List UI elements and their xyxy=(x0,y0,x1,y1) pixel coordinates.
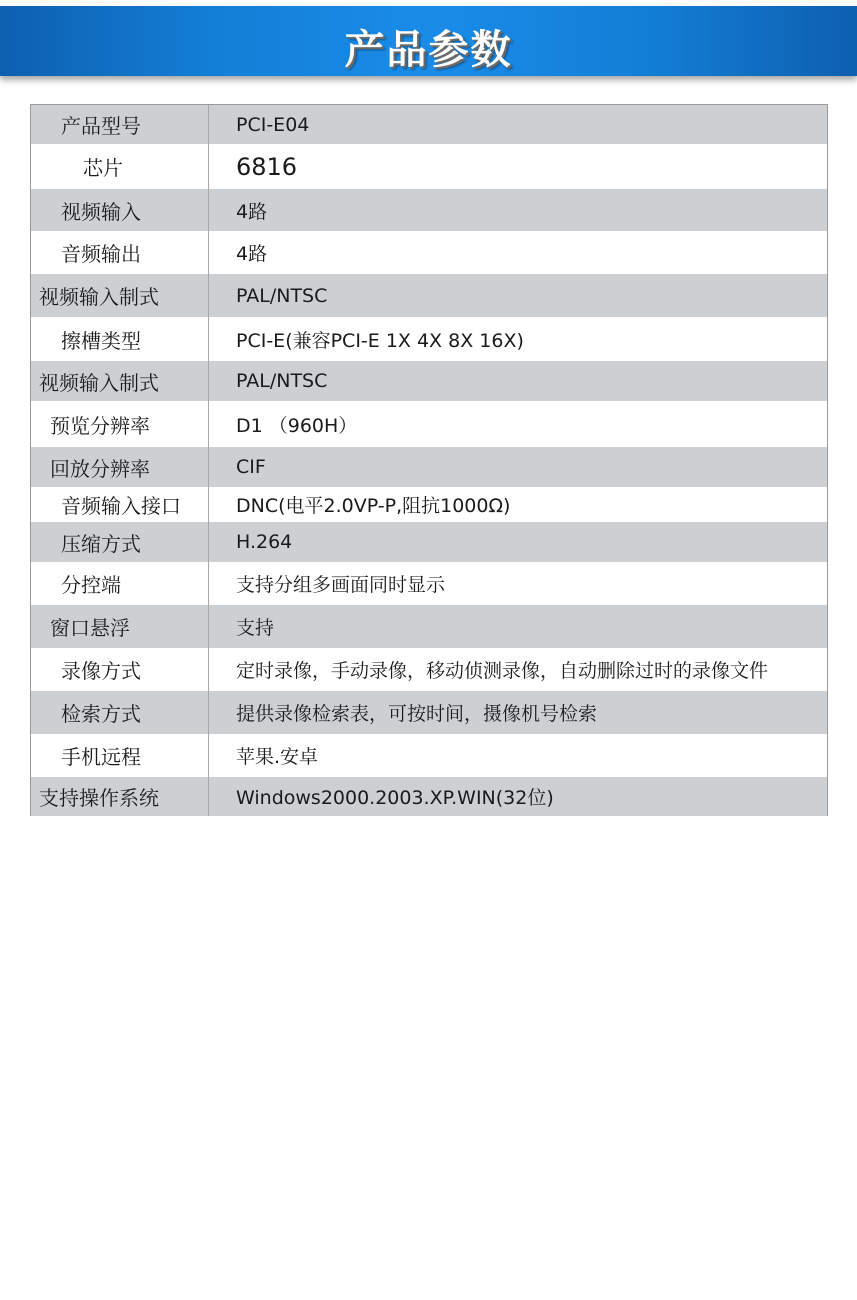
spec-value: 4路 xyxy=(209,189,827,231)
spec-value: PAL/NTSC xyxy=(209,361,827,401)
spec-label: 录像方式 xyxy=(31,648,209,691)
table-row: 视频输入制式PAL/NTSC xyxy=(31,274,827,317)
table-row: 压缩方式H.264 xyxy=(31,522,827,562)
spec-value: D1 （960H） xyxy=(209,401,827,447)
spec-table: 产品型号PCI-E04芯片6816视频输入4路音频输出4路视频输入制式PAL/N… xyxy=(30,104,828,816)
table-row: 手机远程苹果.安卓 xyxy=(31,734,827,777)
spec-value: 提供录像检索表，可按时间，摄像机号检索 xyxy=(209,691,827,734)
spec-value: 苹果.安卓 xyxy=(209,734,827,777)
spec-label: 压缩方式 xyxy=(31,522,209,562)
table-row: 预览分辨率D1 （960H） xyxy=(31,401,827,447)
spec-label: 产品型号 xyxy=(31,105,209,144)
spec-value: 支持 xyxy=(209,605,827,648)
spec-label: 手机远程 xyxy=(31,734,209,777)
spec-label: 分控端 xyxy=(31,562,209,605)
spec-label: 预览分辨率 xyxy=(31,401,209,447)
table-row: 检索方式提供录像检索表，可按时间，摄像机号检索 xyxy=(31,691,827,734)
spec-label: 窗口悬浮 xyxy=(31,605,209,648)
spec-label: 音频输出 xyxy=(31,231,209,274)
spec-value: CIF xyxy=(209,447,827,487)
table-row: 录像方式定时录像，手动录像，移动侦测录像，自动删除过时的录像文件 xyxy=(31,648,827,691)
spec-value: H.264 xyxy=(209,522,827,562)
spec-label: 支持操作系统 xyxy=(31,777,209,816)
header-banner: 产品参数 xyxy=(0,6,857,76)
spec-value: Windows2000.2003.XP.WIN(32位) xyxy=(209,777,827,816)
table-row: 芯片6816 xyxy=(31,144,827,189)
spec-label: 音频输入接口 xyxy=(31,487,209,522)
table-row: 窗口悬浮支持 xyxy=(31,605,827,648)
spec-label: 检索方式 xyxy=(31,691,209,734)
spec-value: PAL/NTSC xyxy=(209,274,827,317)
table-row: 视频输入制式PAL/NTSC xyxy=(31,361,827,401)
table-row: 音频输出4路 xyxy=(31,231,827,274)
table-row: 支持操作系统Windows2000.2003.XP.WIN(32位) xyxy=(31,777,827,816)
spec-label: 视频输入 xyxy=(31,189,209,231)
spec-label: 视频输入制式 xyxy=(31,361,209,401)
table-row: 音频输入接口DNC(电平2.0VP-P,阻抗1000Ω) xyxy=(31,487,827,522)
table-row: 视频输入4路 xyxy=(31,189,827,231)
table-row: 擦槽类型PCI-E(兼容PCI-E 1X 4X 8X 16X) xyxy=(31,317,827,361)
spec-label: 回放分辨率 xyxy=(31,447,209,487)
spec-label: 视频输入制式 xyxy=(31,274,209,317)
table-row: 分控端支持分组多画面同时显示 xyxy=(31,562,827,605)
spec-value: 4路 xyxy=(209,231,827,274)
spec-value: DNC(电平2.0VP-P,阻抗1000Ω) xyxy=(209,487,827,522)
spec-label: 芯片 xyxy=(31,144,209,189)
spec-value: 定时录像，手动录像，移动侦测录像，自动删除过时的录像文件 xyxy=(209,648,827,691)
page-title: 产品参数 xyxy=(0,18,857,75)
spec-value: PCI-E04 xyxy=(209,105,827,144)
spec-value: 6816 xyxy=(209,144,827,189)
spec-value: 支持分组多画面同时显示 xyxy=(209,562,827,605)
spec-value: PCI-E(兼容PCI-E 1X 4X 8X 16X) xyxy=(209,317,827,361)
table-row: 回放分辨率CIF xyxy=(31,447,827,487)
spec-label: 擦槽类型 xyxy=(31,317,209,361)
table-row: 产品型号PCI-E04 xyxy=(31,105,827,144)
